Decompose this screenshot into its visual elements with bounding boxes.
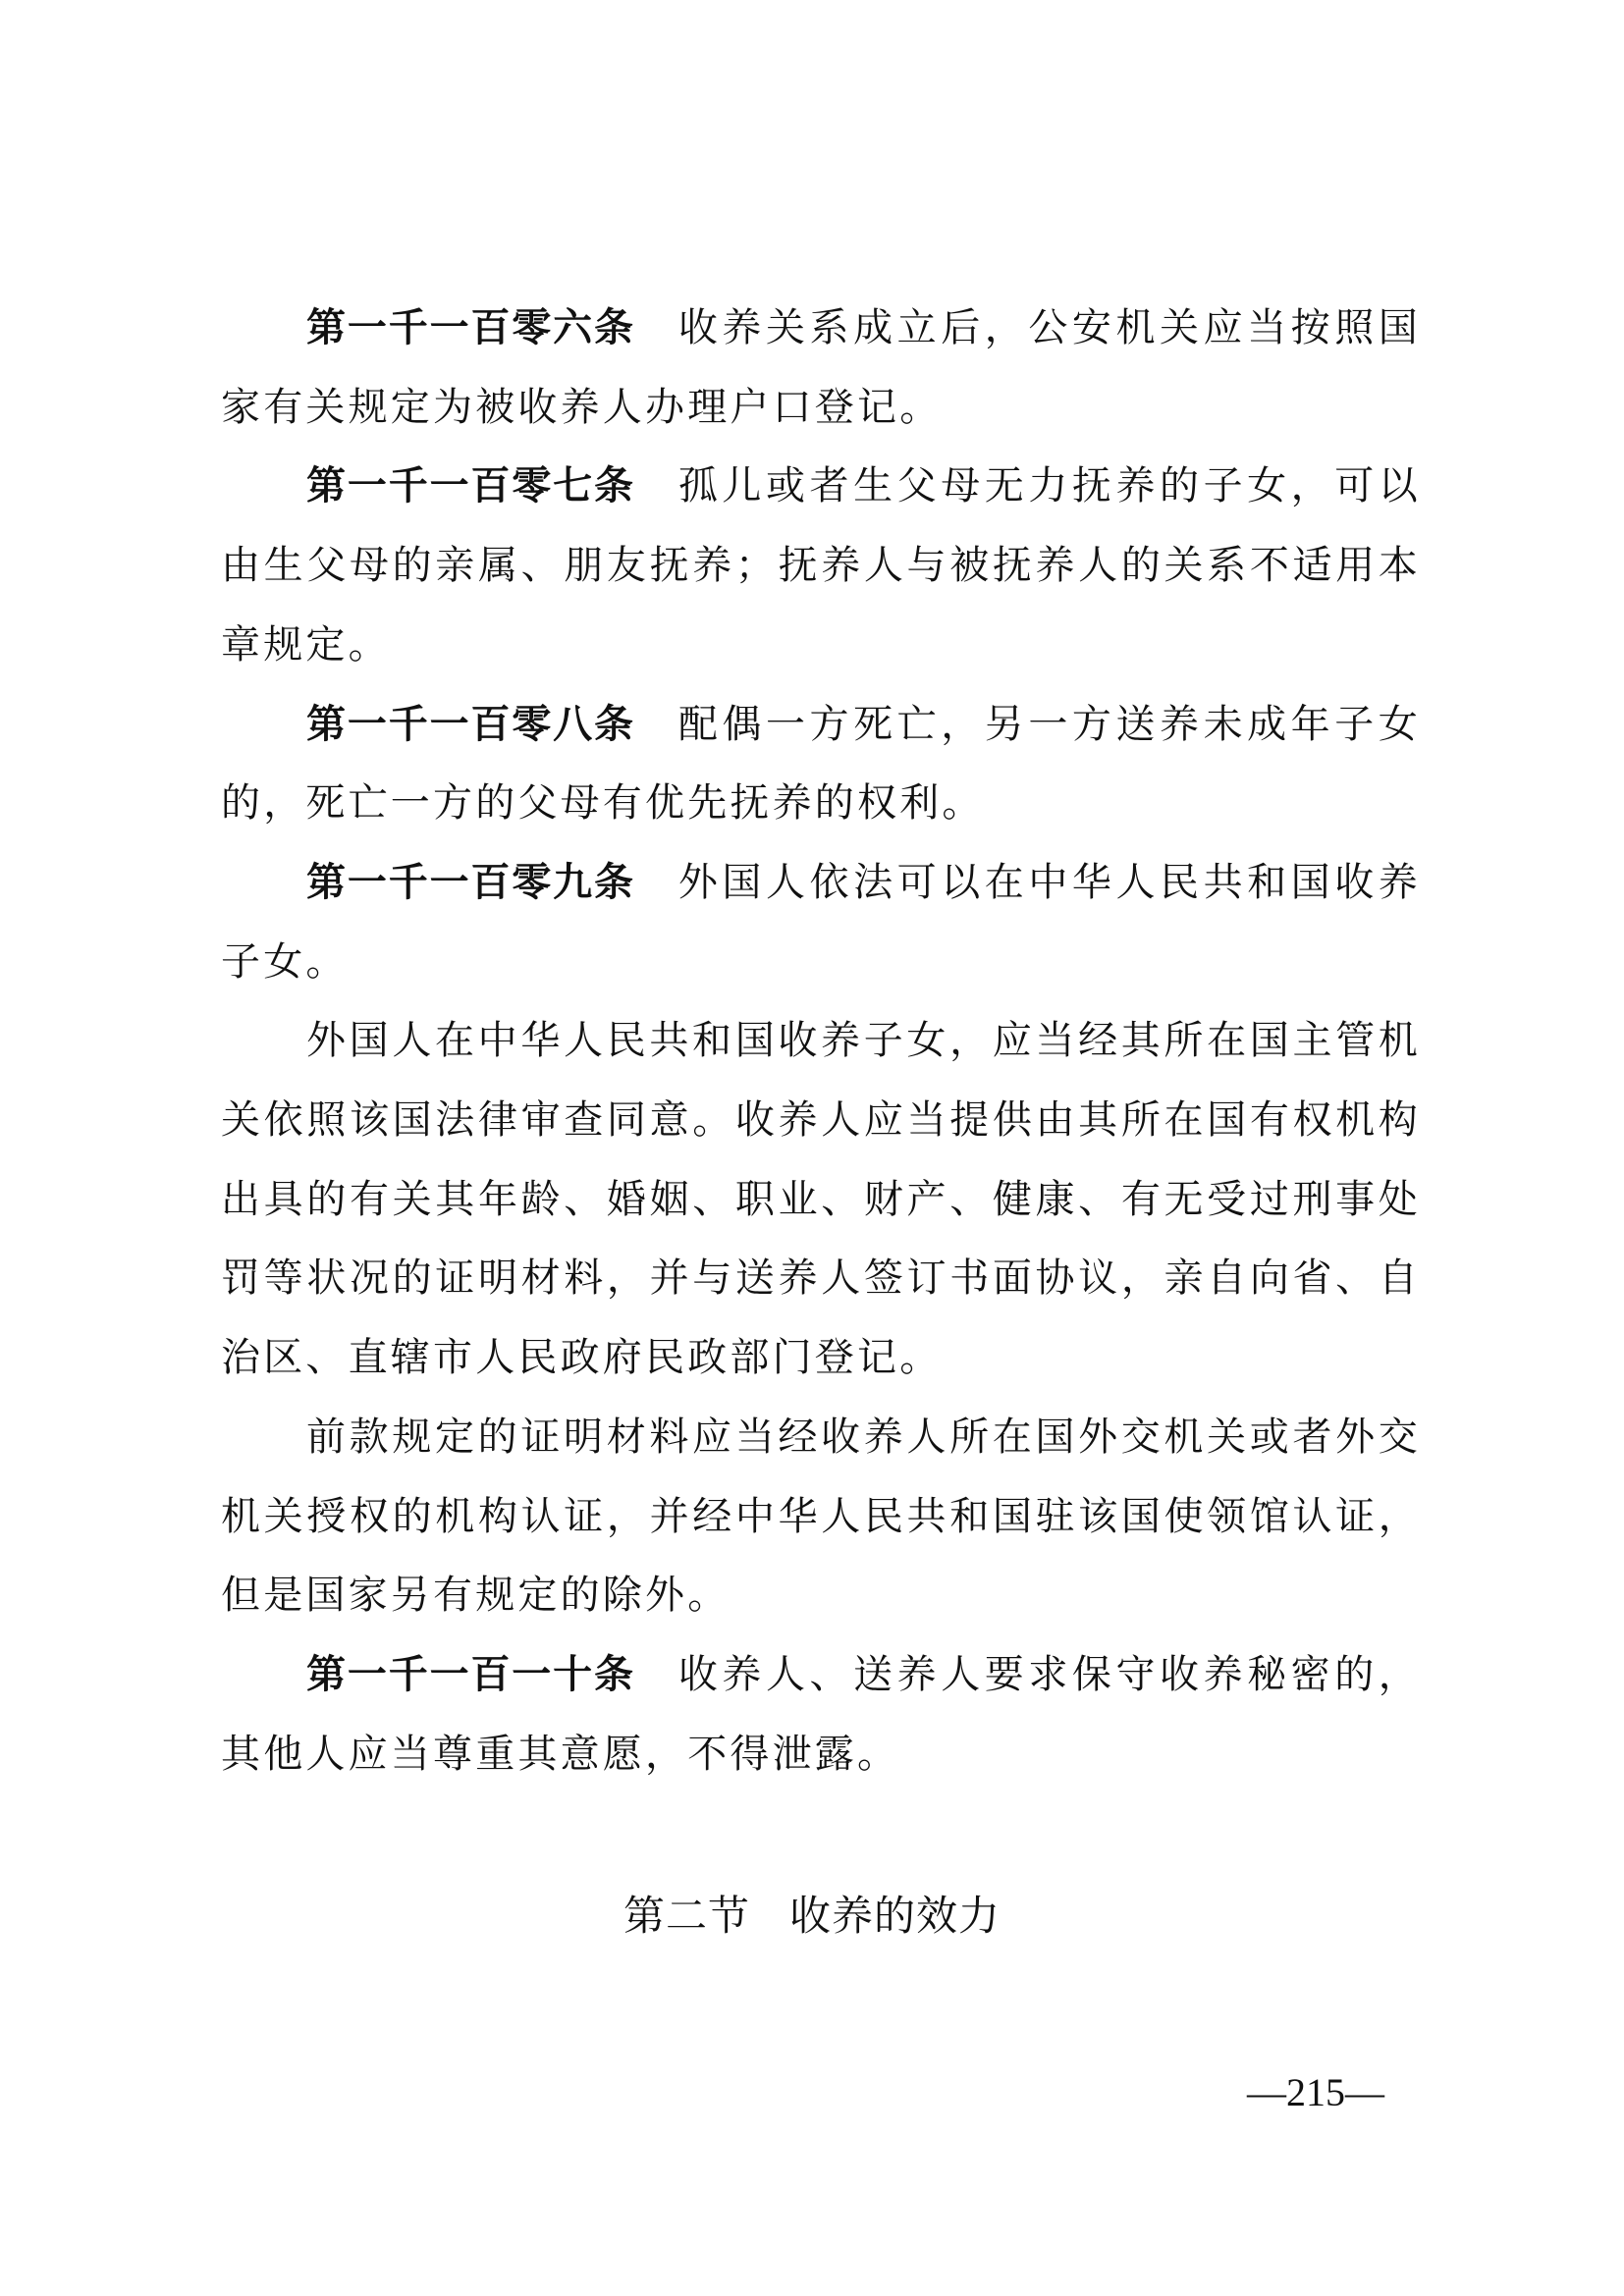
section-title: 收养的效力 [789, 1892, 1001, 1940]
article-number: 第一千一百零九条 [306, 860, 635, 905]
page-number: —215— [1247, 2069, 1384, 2116]
article-number: 第一千一百零八条 [306, 702, 635, 747]
article-1106: 第一千一百零六条收养关系成立后，公安机关应当按照国家有关规定为被收养人办理户口登… [221, 289, 1421, 447]
section-heading: 第二节收养的效力 [0, 1887, 1624, 1946]
article-1109: 第一千一百零九条外国人依法可以在中华人民共和国收养子女。 [221, 843, 1421, 1001]
paragraph-text: 前款规定的证明材料应当经收养人所在国外交机关或者外交机关授权的机构认证，并经中华… [221, 1415, 1421, 1618]
article-1108: 第一千一百零八条配偶一方死亡，另一方送养未成年子女的，死亡一方的父母有优先抚养的… [221, 685, 1421, 843]
article-1107: 第一千一百零七条孤儿或者生父母无力抚养的子女，可以由生父母的亲属、朋友抚养；抚养… [221, 447, 1421, 684]
article-1109-paragraph-2: 外国人在中华人民共和国收养子女，应当经其所在国主管机关依照该国法律审查同意。收养… [221, 1001, 1421, 1398]
document-page: 第一千一百零六条收养关系成立后，公安机关应当按照国家有关规定为被收养人办理户口登… [0, 0, 1624, 2296]
paragraph-text: 外国人在中华人民共和国收养子女，应当经其所在国主管机关依照该国法律审查同意。收养… [221, 1018, 1421, 1380]
article-number: 第一千一百一十条 [306, 1652, 635, 1697]
article-1109-paragraph-3: 前款规定的证明材料应当经收养人所在国外交机关或者外交机关授权的机构认证，并经中华… [221, 1398, 1421, 1635]
article-number: 第一千一百零七条 [306, 463, 635, 508]
section-number: 第二节 [623, 1892, 750, 1940]
article-number: 第一千一百零六条 [306, 305, 635, 350]
article-1110: 第一千一百一十条收养人、送养人要求保守收养秘密的，其他人应当尊重其意愿，不得泄露… [221, 1635, 1421, 1793]
body-text: 第一千一百零六条收养关系成立后，公安机关应当按照国家有关规定为被收养人办理户口登… [221, 289, 1421, 1793]
